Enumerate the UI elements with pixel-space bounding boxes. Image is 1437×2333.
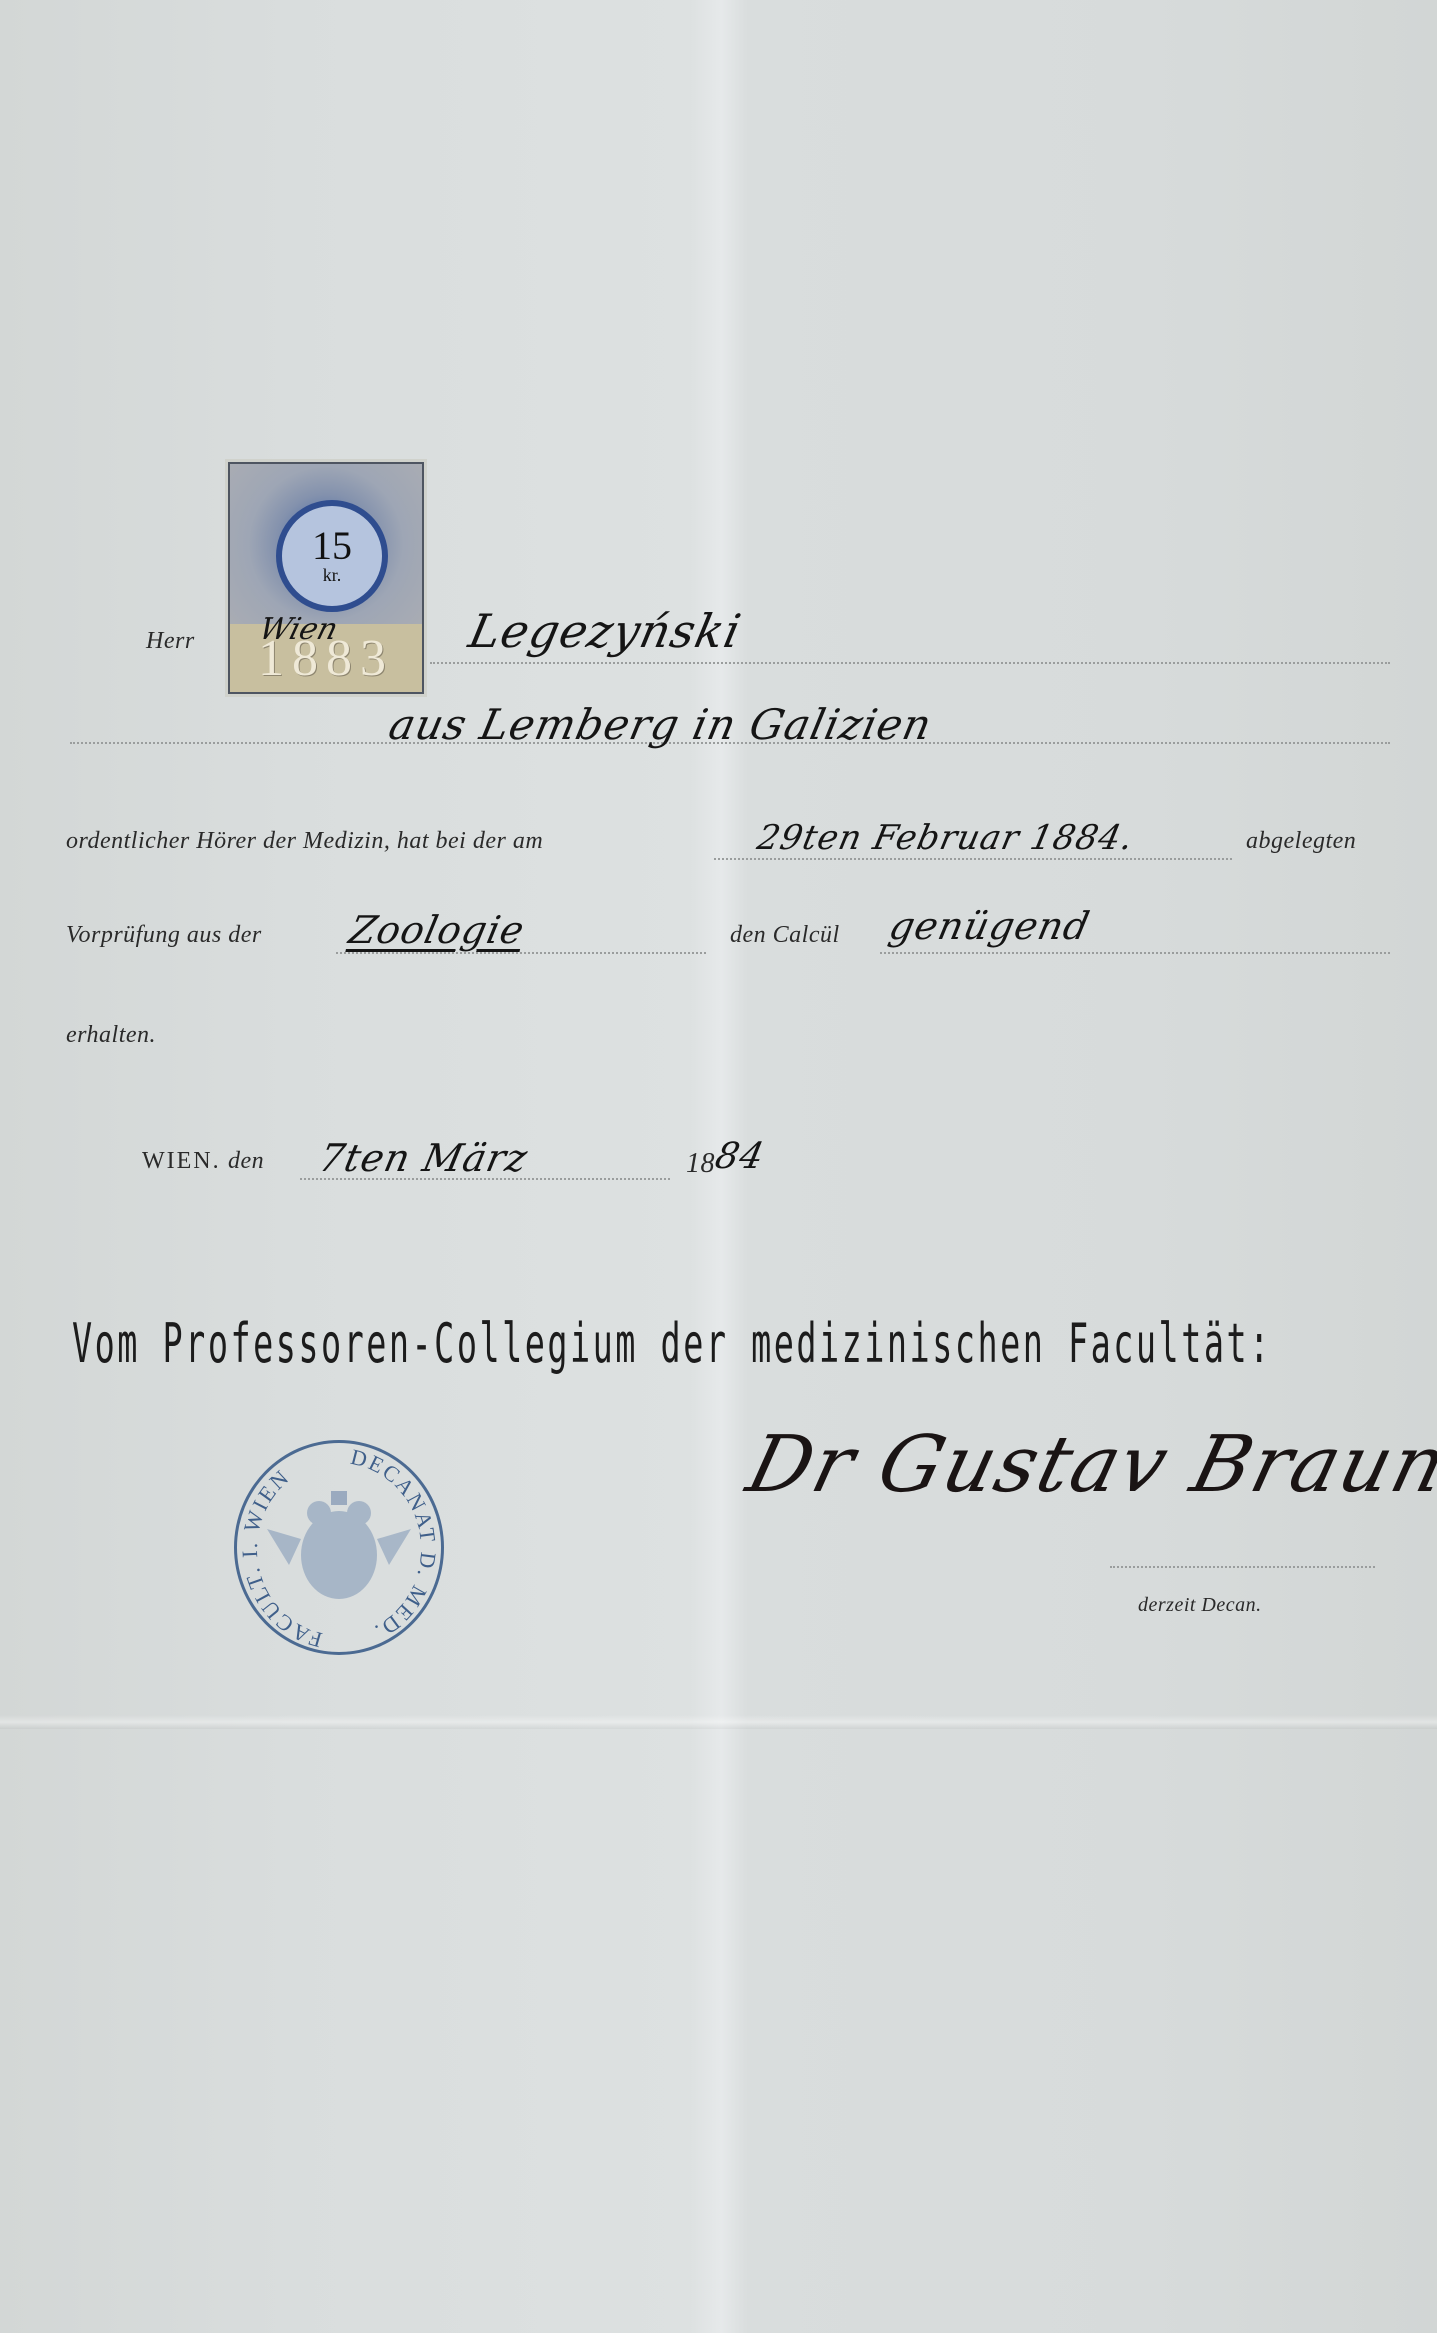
stamp-unit: kr. — [323, 565, 342, 586]
date-field: 7ten März — [315, 1136, 532, 1180]
year-field: 84 — [712, 1136, 769, 1177]
grade-line — [880, 952, 1390, 954]
faculty-heading: Vom Professoren-Collegium der medizinisc… — [72, 1312, 1393, 1375]
stamp-cancellation: Wien — [255, 612, 341, 647]
place-label: WIEN. — [142, 1148, 221, 1175]
signature-line — [1110, 1566, 1375, 1568]
line1-suffix: abgelegten — [1246, 828, 1356, 855]
revenue-stamp: 15 kr. 1883 Wien — [228, 462, 424, 694]
year-prefix: 18 — [686, 1148, 715, 1180]
exam-date-field: 29ten Februar 1884. — [754, 818, 1138, 858]
name-field-line — [430, 662, 1390, 664]
signature-title: derzeit Decan. — [1138, 1594, 1262, 1617]
line1-prefix: ordentlicher Hörer der Medizin, hat bei … — [66, 828, 543, 855]
double-headed-eagle-icon — [267, 1491, 411, 1599]
stamp-value-oval: 15 kr. — [276, 500, 388, 612]
paper-fold — [0, 1715, 1437, 1729]
exam-date-line — [714, 858, 1232, 860]
stamp-frame: 15 kr. — [230, 464, 422, 624]
dean-signature: Dr Gustav Braun — [739, 1420, 1437, 1510]
den-label: den — [228, 1148, 264, 1175]
stamp-value: 15 — [312, 527, 352, 565]
grade-field: genügend — [885, 904, 1094, 948]
line3-text: erhalten. — [66, 1022, 156, 1049]
faculty-seal: DECANAT D. MED. FACULT. I. WIEN — [234, 1440, 444, 1655]
origin-field: aus Lemberg in Galizien — [385, 700, 937, 749]
subject-field: Zoologie — [345, 908, 529, 952]
line2-mid: den Calcül — [730, 922, 840, 949]
salutation-label: Herr — [146, 628, 195, 655]
line2-prefix: Vorprüfung aus der — [66, 922, 262, 949]
name-field: Legezyński — [464, 604, 746, 658]
subject-line — [336, 952, 706, 954]
seal-graphic: DECANAT D. MED. FACULT. I. WIEN — [237, 1443, 441, 1652]
